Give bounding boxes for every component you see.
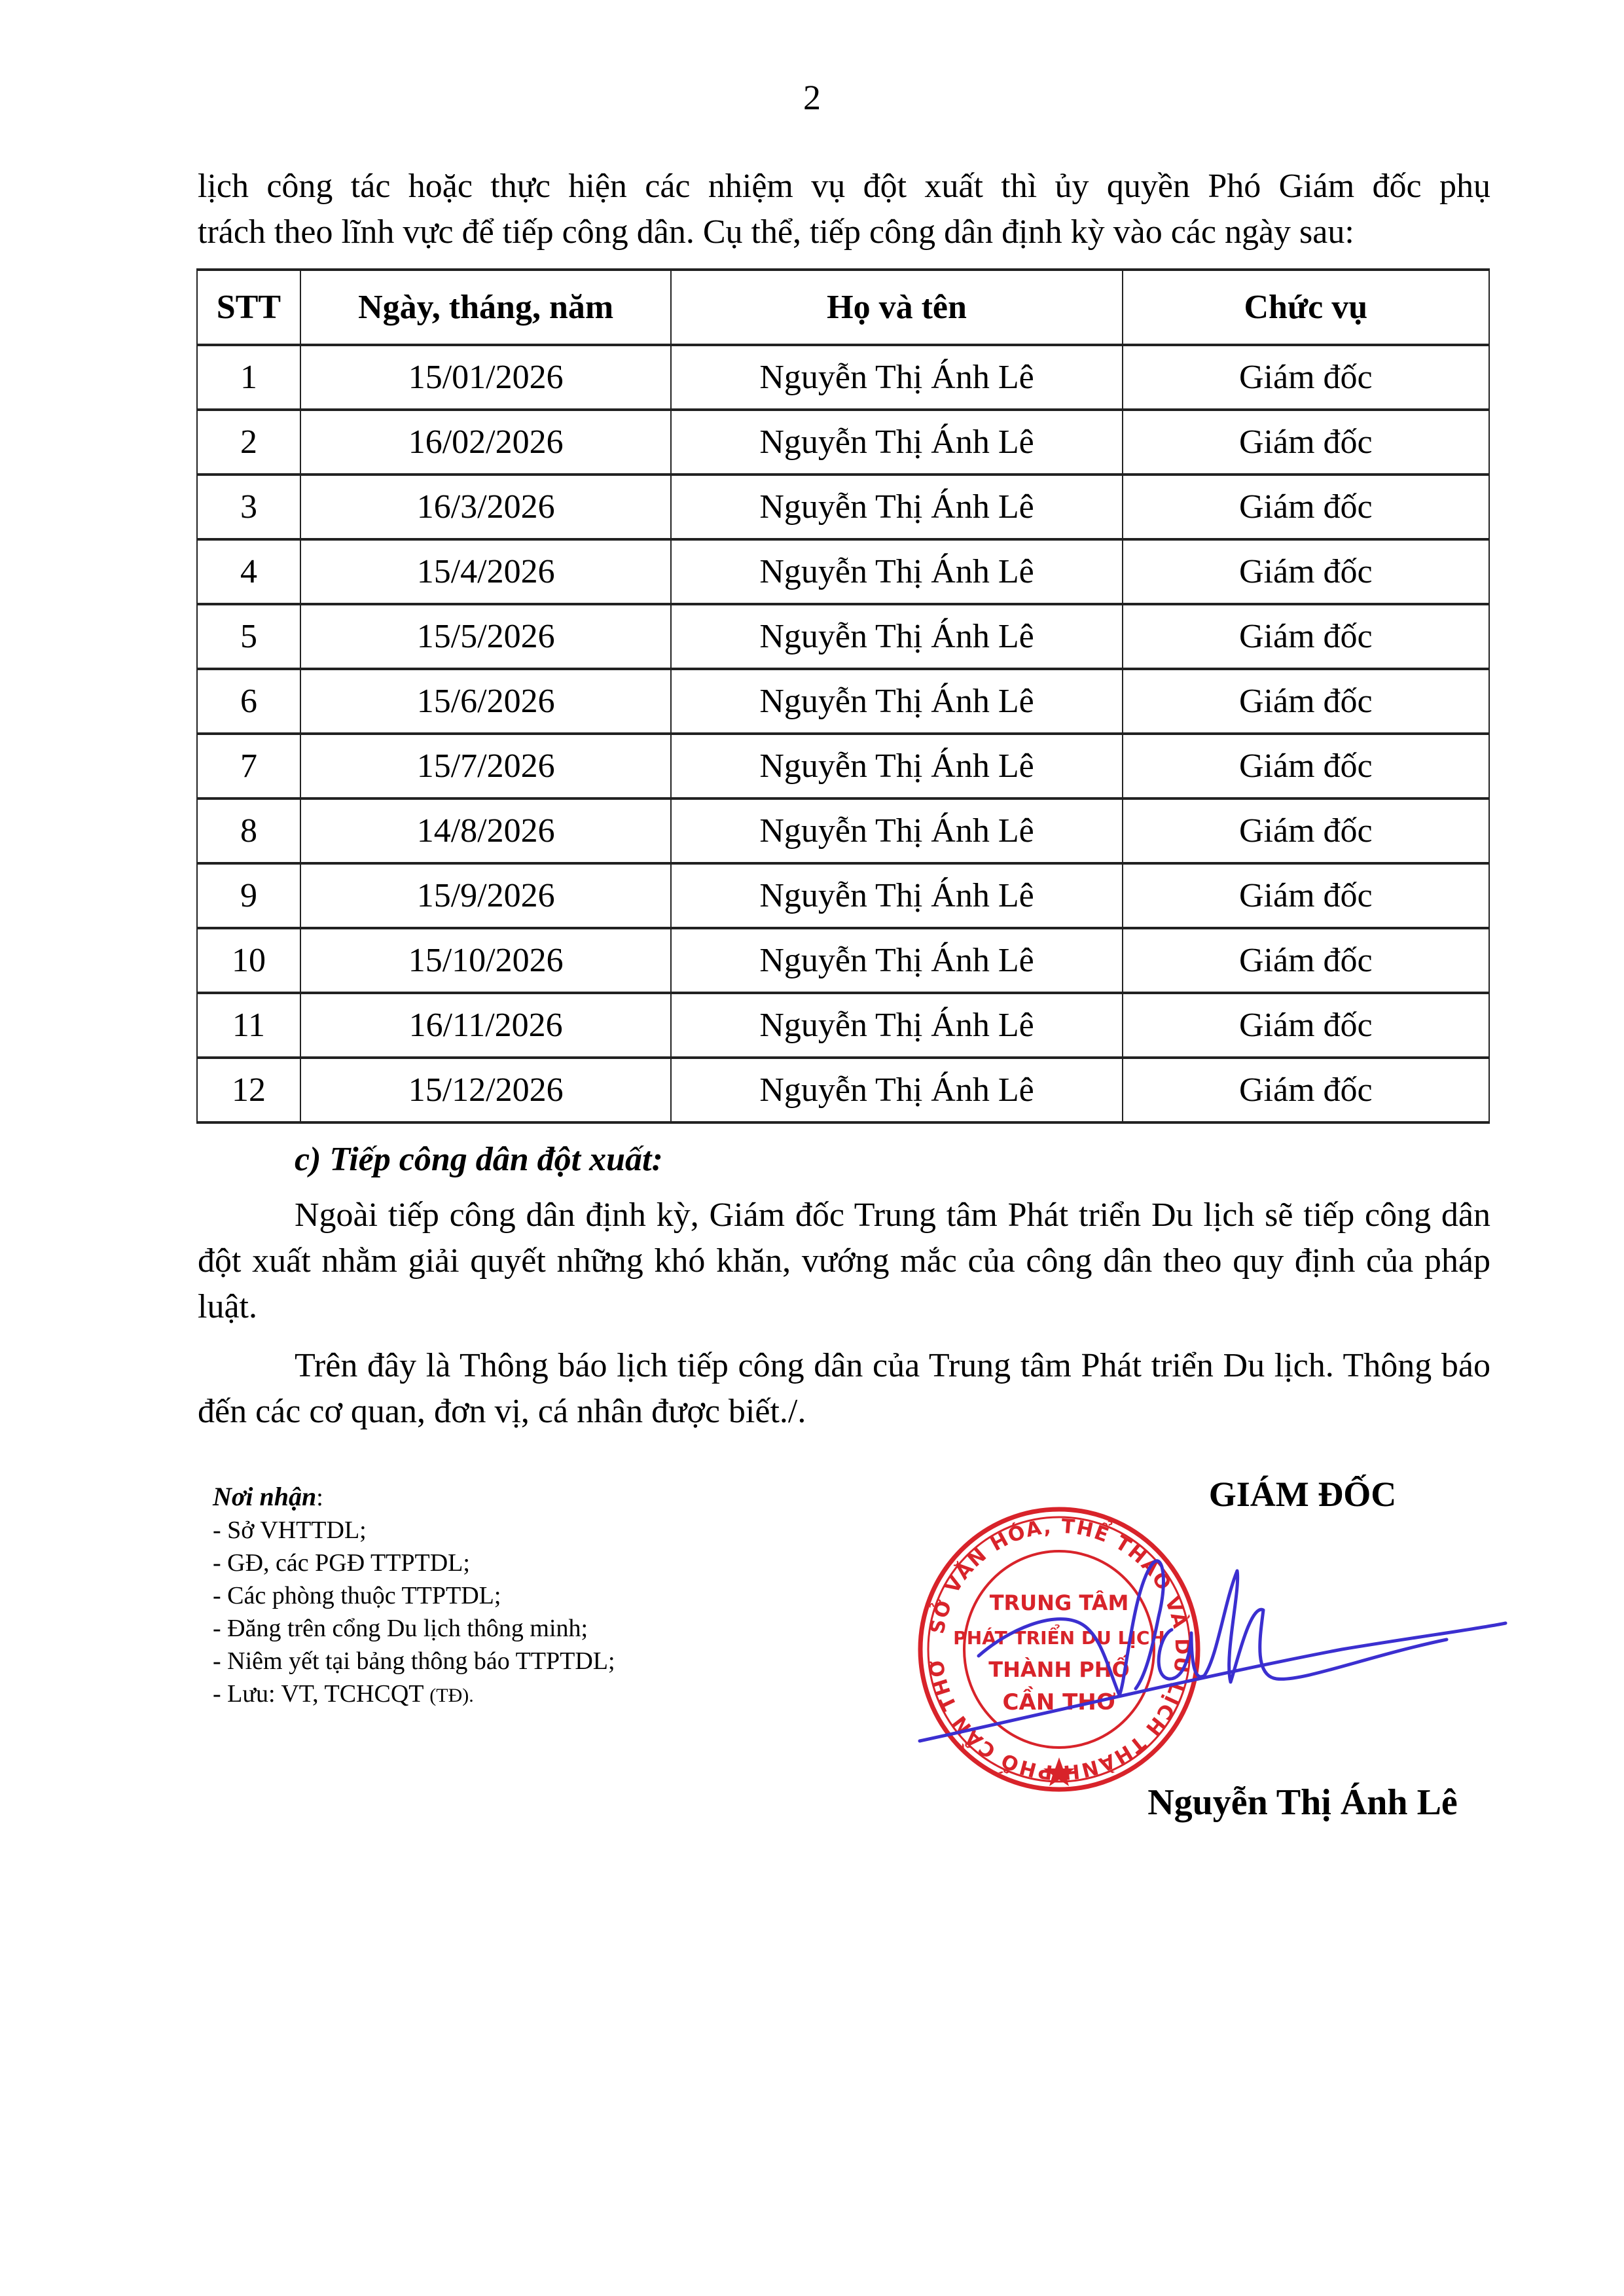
cell-stt: 9 [197, 863, 300, 928]
cell-position: Giám đốc [1123, 928, 1489, 993]
cell-name: Nguyễn Thị Ánh Lê [671, 669, 1122, 734]
paragraph-text: Ngoài tiếp công dân định kỳ, Giám đốc Tr… [198, 1193, 1490, 1330]
cell-name: Nguyễn Thị Ánh Lê [671, 345, 1122, 410]
cell-position: Giám đốc [1123, 798, 1489, 863]
cell-date: 15/12/2026 [300, 1058, 672, 1122]
page-number: 2 [0, 77, 1624, 118]
cell-date: 14/8/2026 [300, 798, 672, 863]
cell-position: Giám đốc [1123, 863, 1489, 928]
cell-position: Giám đốc [1123, 669, 1489, 734]
intro-line: lịch công tác hoặc thực hiện các nhiệm v… [198, 164, 1490, 209]
recipients-title: Nơi nhận [213, 1482, 316, 1511]
cell-date: 15/10/2026 [300, 928, 672, 993]
recipients-title-colon: : [316, 1484, 323, 1511]
recipient-item: - Lưu: VT, TCHCQT (TĐ). [213, 1677, 615, 1712]
signer-name: Nguyễn Thị Ánh Lê [982, 1782, 1623, 1823]
table-row: 1116/11/2026Nguyễn Thị Ánh LêGiám đốc [197, 993, 1489, 1058]
cell-position: Giám đốc [1123, 345, 1489, 410]
table-row: 415/4/2026Nguyễn Thị Ánh LêGiám đốc [197, 539, 1489, 604]
cell-position: Giám đốc [1123, 734, 1489, 798]
schedule-table: STT Ngày, tháng, năm Họ và tên Chức vụ 1… [196, 268, 1490, 1124]
cell-stt: 1 [197, 345, 300, 410]
cell-name: Nguyễn Thị Ánh Lê [671, 475, 1122, 539]
cell-stt: 7 [197, 734, 300, 798]
cell-stt: 3 [197, 475, 300, 539]
closing-paragraph: Trên đây là Thông báo lịch tiếp công dân… [198, 1343, 1490, 1435]
recipient-item: - Sở VHTTDL; [213, 1514, 615, 1547]
cell-name: Nguyễn Thị Ánh Lê [671, 928, 1122, 993]
cell-date: 16/02/2026 [300, 410, 672, 475]
cell-date: 15/5/2026 [300, 604, 672, 669]
header-name: Họ và tên [671, 270, 1122, 345]
intro-paragraph: lịch công tác hoặc thực hiện các nhiệm v… [198, 164, 1490, 255]
table-row: 814/8/2026Nguyễn Thị Ánh LêGiám đốc [197, 798, 1489, 863]
cell-name: Nguyễn Thị Ánh Lê [671, 539, 1122, 604]
header-date: Ngày, tháng, năm [300, 270, 672, 345]
recipient-item: - Các phòng thuộc TTPTDL; [213, 1579, 615, 1612]
cell-date: 15/01/2026 [300, 345, 672, 410]
table-row: 1015/10/2026Nguyễn Thị Ánh LêGiám đốc [197, 928, 1489, 993]
table-body: 115/01/2026Nguyễn Thị Ánh LêGiám đốc216/… [197, 345, 1489, 1122]
cell-date: 15/4/2026 [300, 539, 672, 604]
table-row: 915/9/2026Nguyễn Thị Ánh LêGiám đốc [197, 863, 1489, 928]
cell-name: Nguyễn Thị Ánh Lê [671, 798, 1122, 863]
cell-position: Giám đốc [1123, 539, 1489, 604]
cell-stt: 11 [197, 993, 300, 1058]
recipient-item: - Niêm yết tại bảng thông báo TTPTDL; [213, 1645, 615, 1677]
intro-line: trách theo lĩnh vực để tiếp công dân. Cụ… [198, 209, 1490, 255]
cell-name: Nguyễn Thị Ánh Lê [671, 604, 1122, 669]
cell-date: 15/7/2026 [300, 734, 672, 798]
handwritten-signature [910, 1525, 1512, 1787]
recipient-item: - GĐ, các PGĐ TTPTDL; [213, 1547, 615, 1579]
table-row: 216/02/2026Nguyễn Thị Ánh LêGiám đốc [197, 410, 1489, 475]
cell-date: 15/6/2026 [300, 669, 672, 734]
recipient-item: - Đăng trên cổng Du lịch thông minh; [213, 1612, 615, 1645]
table-row: 715/7/2026Nguyễn Thị Ánh LêGiám đốc [197, 734, 1489, 798]
cell-date: 15/9/2026 [300, 863, 672, 928]
recipient-archive: - Lưu: VT, TCHCQT [213, 1680, 424, 1708]
table-row: 115/01/2026Nguyễn Thị Ánh LêGiám đốc [197, 345, 1489, 410]
cell-date: 16/3/2026 [300, 475, 672, 539]
cell-position: Giám đốc [1123, 993, 1489, 1058]
table-row: 1215/12/2026Nguyễn Thị Ánh LêGiám đốc [197, 1058, 1489, 1122]
cell-stt: 10 [197, 928, 300, 993]
table-row: 615/6/2026Nguyễn Thị Ánh LêGiám đốc [197, 669, 1489, 734]
cell-stt: 4 [197, 539, 300, 604]
recipients-block: Nơi nhận: - Sở VHTTDL;- GĐ, các PGĐ TTPT… [213, 1480, 615, 1712]
cell-name: Nguyễn Thị Ánh Lê [671, 863, 1122, 928]
recipient-archive-initials: (TĐ). [429, 1685, 473, 1706]
cell-stt: 2 [197, 410, 300, 475]
paragraph-text: Trên đây là Thông báo lịch tiếp công dân… [198, 1343, 1490, 1435]
cell-name: Nguyễn Thị Ánh Lê [671, 993, 1122, 1058]
cell-position: Giám đốc [1123, 475, 1489, 539]
header-position: Chức vụ [1123, 270, 1489, 345]
cell-position: Giám đốc [1123, 410, 1489, 475]
cell-position: Giám đốc [1123, 604, 1489, 669]
cell-name: Nguyễn Thị Ánh Lê [671, 734, 1122, 798]
table-row: 515/5/2026Nguyễn Thị Ánh LêGiám đốc [197, 604, 1489, 669]
table-header-row: STT Ngày, tháng, năm Họ và tên Chức vụ [197, 270, 1489, 345]
cell-stt: 6 [197, 669, 300, 734]
section-c-paragraph: Ngoài tiếp công dân định kỳ, Giám đốc Tr… [198, 1193, 1490, 1330]
cell-stt: 5 [197, 604, 300, 669]
cell-position: Giám đốc [1123, 1058, 1489, 1122]
table-row: 316/3/2026Nguyễn Thị Ánh LêGiám đốc [197, 475, 1489, 539]
section-c-heading: c) Tiếp công dân đột xuất: [295, 1140, 663, 1179]
cell-name: Nguyễn Thị Ánh Lê [671, 1058, 1122, 1122]
header-stt: STT [197, 270, 300, 345]
recipients-list: - Sở VHTTDL;- GĐ, các PGĐ TTPTDL;- Các p… [213, 1514, 615, 1677]
cell-stt: 12 [197, 1058, 300, 1122]
cell-date: 16/11/2026 [300, 993, 672, 1058]
cell-stt: 8 [197, 798, 300, 863]
cell-name: Nguyễn Thị Ánh Lê [671, 410, 1122, 475]
